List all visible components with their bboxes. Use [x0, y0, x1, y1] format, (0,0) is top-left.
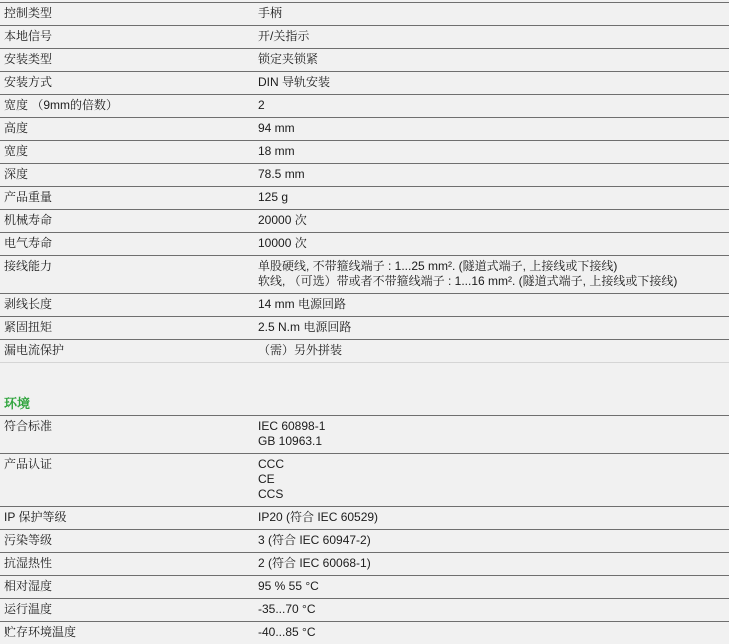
spec-value: IEC 60898-1GB 10963.1 — [258, 419, 729, 449]
spec-page: 控制类型手柄本地信号开/关指示安装类型锁定夹锁紧安装方式DIN 导轨安装宽度 （… — [0, 0, 729, 644]
spec-label: 宽度 （9mm的倍数） — [4, 98, 258, 113]
table-row: 紧固扭矩2.5 N.m 电源回路 — [0, 316, 729, 339]
table-row: 安装类型锁定夹锁紧 — [0, 48, 729, 71]
spec-value: 2.5 N.m 电源回路 — [258, 320, 729, 335]
spec-value: 开/关指示 — [258, 29, 729, 44]
spec-label: 抗湿热性 — [4, 556, 258, 571]
spec-value: 2 (符合 IEC 60068-1) — [258, 556, 729, 571]
spec-value-line: -35...70 °C — [258, 602, 729, 617]
table-row: 漏电流保护（需）另外拼装 — [0, 339, 729, 362]
spec-value: （需）另外拼装 — [258, 343, 729, 358]
spec-label: 运行温度 — [4, 602, 258, 617]
spec-value: IP20 (符合 IEC 60529) — [258, 510, 729, 525]
spec-value-line: 锁定夹锁紧 — [258, 52, 729, 67]
table-row: 剥线长度14 mm 电源回路 — [0, 293, 729, 316]
table-row: 抗湿热性2 (符合 IEC 60068-1) — [0, 552, 729, 575]
table-row: 高度94 mm — [0, 117, 729, 140]
table-row: 深度78.5 mm — [0, 163, 729, 186]
spec-value: 95 % 55 °C — [258, 579, 729, 594]
spec-label: 接线能力 — [4, 259, 258, 274]
table-row: 贮存环境温度-40...85 °C — [0, 621, 729, 644]
section-title: 环境 — [0, 396, 729, 411]
table-row: 安装方式DIN 导轨安装 — [0, 71, 729, 94]
table-row: 符合标准IEC 60898-1GB 10963.1 — [0, 415, 729, 453]
table-row: 宽度18 mm — [0, 140, 729, 163]
spec-value-line: IP20 (符合 IEC 60529) — [258, 510, 729, 525]
spec-value: 14 mm 电源回路 — [258, 297, 729, 312]
spec-value-line: 125 g — [258, 190, 729, 205]
table-row: 运行温度-35...70 °C — [0, 598, 729, 621]
spec-value-line: 软线, （可选）带或者不带箍线端子 : 1...16 mm². (隧道式端子, … — [258, 274, 729, 289]
spec-value-line: 95 % 55 °C — [258, 579, 729, 594]
spec-value-line: 手柄 — [258, 6, 729, 21]
table-row: 宽度 （9mm的倍数）2 — [0, 94, 729, 117]
spec-value: 手柄 — [258, 6, 729, 21]
spec-value: 单股硬线, 不带箍线端子 : 1...25 mm². (隧道式端子, 上接线或下… — [258, 259, 729, 289]
spec-value: -40...85 °C — [258, 625, 729, 640]
spec-label: 本地信号 — [4, 29, 258, 44]
table-row: 产品重量125 g — [0, 186, 729, 209]
table-row: 相对湿度95 % 55 °C — [0, 575, 729, 598]
table-row: 机械寿命20000 次 — [0, 209, 729, 232]
spec-value-line: 单股硬线, 不带箍线端子 : 1...25 mm². (隧道式端子, 上接线或下… — [258, 259, 729, 274]
spec-value-line: 78.5 mm — [258, 167, 729, 182]
spec-value-line: 2.5 N.m 电源回路 — [258, 320, 729, 335]
spec-label: 紧固扭矩 — [4, 320, 258, 335]
spec-value-line: -40...85 °C — [258, 625, 729, 640]
spec-table: 符合标准IEC 60898-1GB 10963.1产品认证CCCCECCSIP … — [0, 415, 729, 644]
table-row: 产品认证CCCCECCS — [0, 453, 729, 506]
spec-value-line: 14 mm 电源回路 — [258, 297, 729, 312]
spec-value-line: DIN 导轨安装 — [258, 75, 729, 90]
table-row: 本地信号开/关指示 — [0, 25, 729, 48]
spec-label: 贮存环境温度 — [4, 625, 258, 640]
spec-value-line: （需）另外拼装 — [258, 343, 729, 358]
spec-value-line: 10000 次 — [258, 236, 729, 251]
spec-value: DIN 导轨安装 — [258, 75, 729, 90]
spec-value-line: CE — [258, 472, 729, 487]
spec-label: 宽度 — [4, 144, 258, 159]
spec-label: 污染等级 — [4, 533, 258, 548]
spec-value: 10000 次 — [258, 236, 729, 251]
spec-value: 94 mm — [258, 121, 729, 136]
spec-value: 2 — [258, 98, 729, 113]
spec-value-line: 开/关指示 — [258, 29, 729, 44]
spec-value-line: 2 — [258, 98, 729, 113]
table-row: 接线能力单股硬线, 不带箍线端子 : 1...25 mm². (隧道式端子, 上… — [0, 255, 729, 293]
spec-value-line: 94 mm — [258, 121, 729, 136]
spec-value-line: 18 mm — [258, 144, 729, 159]
table-row: 电气寿命10000 次 — [0, 232, 729, 255]
spec-value: 20000 次 — [258, 213, 729, 228]
spec-value: 3 (符合 IEC 60947-2) — [258, 533, 729, 548]
spec-label: 符合标准 — [4, 419, 258, 434]
spec-label: 剥线长度 — [4, 297, 258, 312]
spec-label: 漏电流保护 — [4, 343, 258, 358]
spec-label: 高度 — [4, 121, 258, 136]
table-row: IP 保护等级IP20 (符合 IEC 60529) — [0, 506, 729, 529]
spec-value-line: CCS — [258, 487, 729, 502]
spec-label: 深度 — [4, 167, 258, 182]
spec-table: 控制类型手柄本地信号开/关指示安装类型锁定夹锁紧安装方式DIN 导轨安装宽度 （… — [0, 2, 729, 363]
spec-value: CCCCECCS — [258, 457, 729, 502]
table-row: 控制类型手柄 — [0, 2, 729, 25]
spec-label: 安装方式 — [4, 75, 258, 90]
spec-label: 产品认证 — [4, 457, 258, 472]
spec-value-line: CCC — [258, 457, 729, 472]
spec-value: 78.5 mm — [258, 167, 729, 182]
spec-value-line: 3 (符合 IEC 60947-2) — [258, 533, 729, 548]
spec-value: -35...70 °C — [258, 602, 729, 617]
table-row: 污染等级3 (符合 IEC 60947-2) — [0, 529, 729, 552]
spec-label: 安装类型 — [4, 52, 258, 67]
spec-value: 锁定夹锁紧 — [258, 52, 729, 67]
spec-value: 18 mm — [258, 144, 729, 159]
spec-value-line: 20000 次 — [258, 213, 729, 228]
spec-label: IP 保护等级 — [4, 510, 258, 525]
spec-sections: 控制类型手柄本地信号开/关指示安装类型锁定夹锁紧安装方式DIN 导轨安装宽度 （… — [0, 2, 729, 644]
spec-label: 相对湿度 — [4, 579, 258, 594]
spec-value-line: GB 10963.1 — [258, 434, 729, 449]
spec-label: 控制类型 — [4, 6, 258, 21]
spec-label: 机械寿命 — [4, 213, 258, 228]
spec-label: 电气寿命 — [4, 236, 258, 251]
spec-label: 产品重量 — [4, 190, 258, 205]
spec-value: 125 g — [258, 190, 729, 205]
spec-value-line: IEC 60898-1 — [258, 419, 729, 434]
spec-value-line: 2 (符合 IEC 60068-1) — [258, 556, 729, 571]
